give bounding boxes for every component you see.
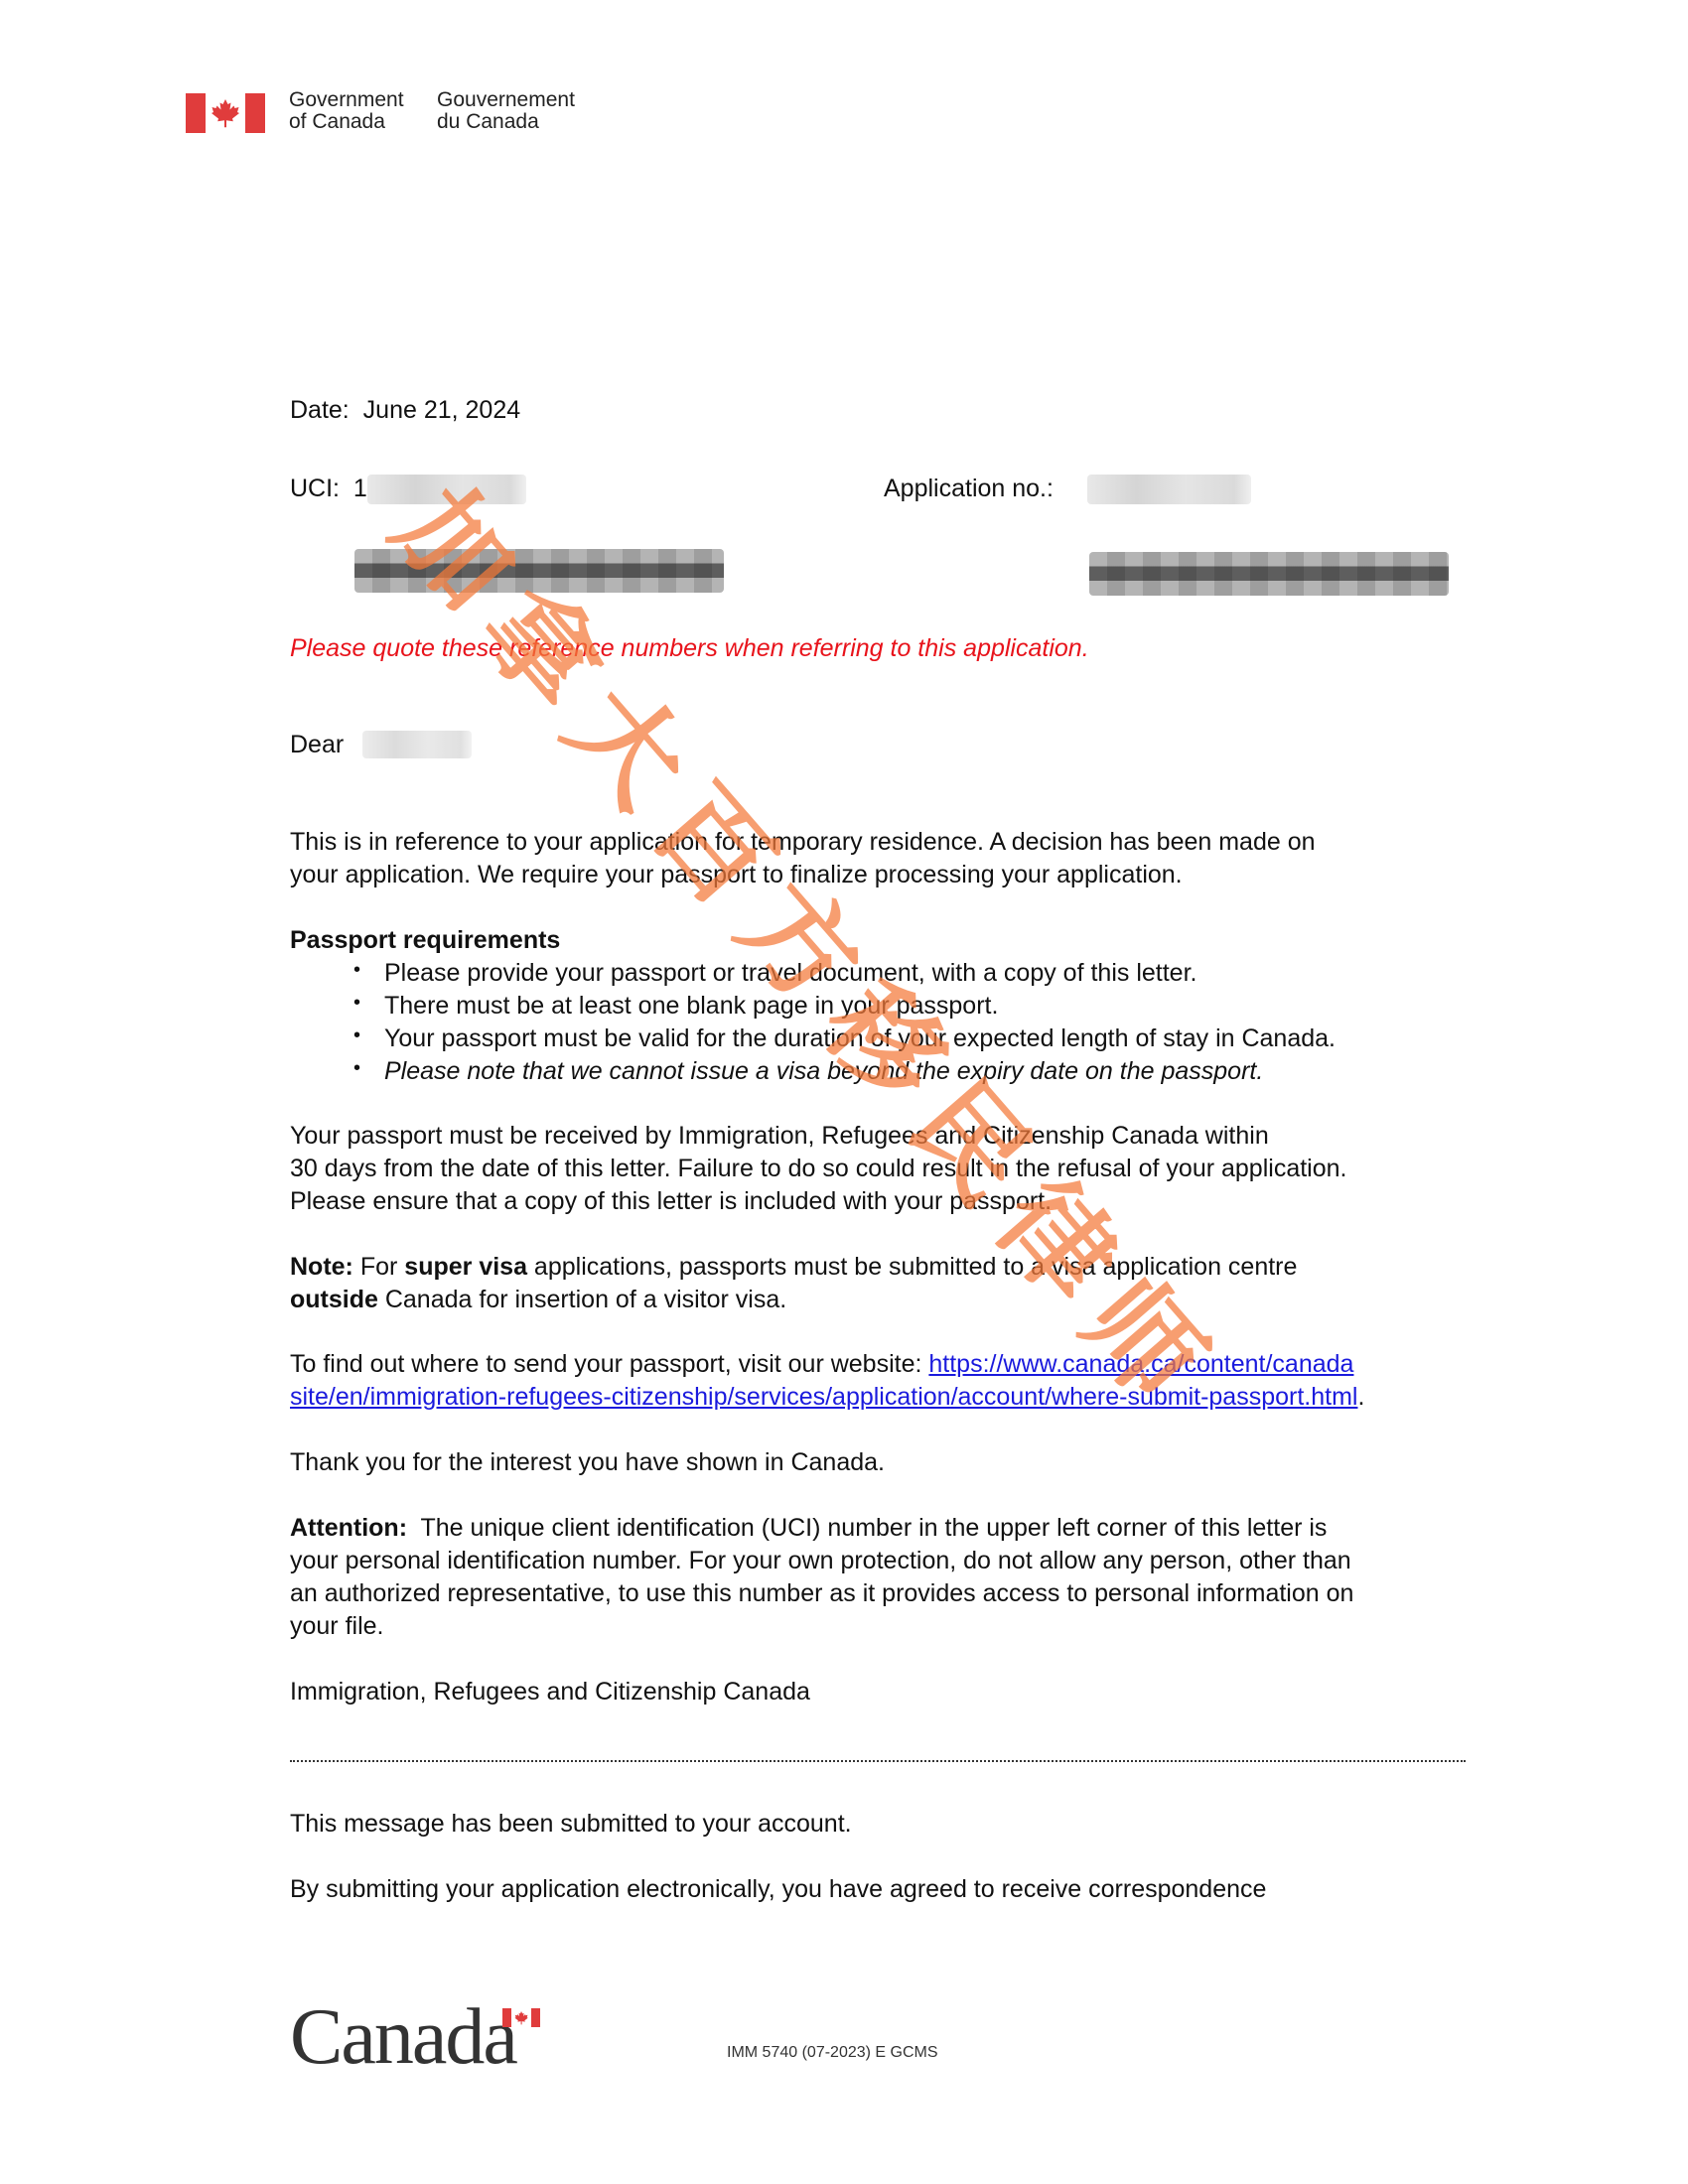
canada-flag-icon [186, 93, 265, 133]
canada-wordmark: Canada [290, 1997, 516, 2077]
canada-wordmark-flag-icon [502, 2008, 540, 2027]
gov-en-line1: Government [289, 89, 404, 111]
thanks-line: Thank you for the interest you have show… [290, 1446, 885, 1479]
para2-line2: 30 days from the date of this letter. Fa… [290, 1153, 1346, 1185]
government-of-canada-en: Government of Canada [289, 89, 404, 133]
note-label: Note: [290, 1253, 353, 1281]
website-intro: To find out where to send your passport,… [290, 1350, 928, 1378]
note-text: For [353, 1253, 404, 1281]
date-value: June 21, 2024 [363, 396, 520, 424]
requirements-heading: Passport requirements [290, 924, 560, 957]
para1-line2: your application. We require your passpo… [290, 859, 1183, 891]
attention-text: The unique client identification (UCI) n… [407, 1514, 1327, 1542]
reference-note: Please quote these reference numbers whe… [290, 632, 1089, 665]
uci-label: UCI: [290, 475, 340, 502]
gov-en-line2: of Canada [289, 111, 404, 133]
attention-line2: your personal identification number. For… [290, 1545, 1351, 1577]
form-number: IMM 5740 (07-2023) E GCMS [727, 2044, 938, 2062]
name-redaction [362, 731, 472, 758]
website-link-continued[interactable]: site/en/immigration-refugees-citizenship… [290, 1383, 1357, 1411]
signature: Immigration, Refugees and Citizenship Ca… [290, 1676, 810, 1708]
application-redaction [1087, 475, 1251, 504]
website-line1: To find out where to send your passport,… [290, 1348, 1353, 1381]
website-link[interactable]: https://www.canada.ca/content/canada [928, 1350, 1353, 1378]
note-text: applications, passports must be submitte… [527, 1253, 1297, 1281]
website-period: . [1357, 1383, 1364, 1411]
date-line: Date: June 21, 2024 [290, 394, 520, 427]
application-line: Application no.: [884, 473, 1054, 505]
para2-line1: Your passport must be received by Immigr… [290, 1120, 1269, 1153]
para2-line3: Please ensure that a copy of this letter… [290, 1185, 1052, 1218]
government-of-canada-fr: Gouvernement du Canada [437, 89, 575, 133]
note-outside: outside [290, 1286, 378, 1313]
address-redaction-right [1089, 552, 1449, 596]
note-line2: outside Canada for insertion of a visito… [290, 1284, 786, 1316]
website-line2: site/en/immigration-refugees-citizenship… [290, 1381, 1364, 1414]
electronic-message: By submitting your application electroni… [290, 1873, 1266, 1906]
dotted-divider [290, 1760, 1466, 1762]
para1-line1: This is in reference to your application… [290, 826, 1316, 859]
bullet-icon: • [353, 1024, 360, 1047]
uci-line: UCI: 1 [290, 473, 367, 505]
bullet-icon: • [353, 959, 360, 982]
requirement-item: Please provide your passport or travel d… [384, 957, 1196, 990]
date-label: Date: [290, 396, 350, 424]
requirement-item: Please note that we cannot issue a visa … [384, 1055, 1263, 1088]
gov-fr-line1: Gouvernement [437, 89, 575, 111]
uci-redaction [367, 475, 526, 504]
application-label: Application no.: [884, 475, 1054, 502]
attention-line4: your file. [290, 1610, 383, 1643]
attention-line1: Attention: The unique client identificat… [290, 1512, 1327, 1545]
salutation-word: Dear [290, 731, 344, 758]
attention-line3: an authorized representative, to use thi… [290, 1577, 1353, 1610]
note-line1: Note: For super visa applications, passp… [290, 1251, 1297, 1284]
bullet-icon: • [353, 992, 360, 1015]
address-redaction-left [354, 549, 724, 593]
requirement-item: There must be at least one blank page in… [384, 990, 998, 1023]
note-super-visa: super visa [404, 1253, 527, 1281]
attention-label: Attention: [290, 1514, 407, 1542]
requirement-item: Your passport must be valid for the dura… [384, 1023, 1336, 1055]
submitted-message: This message has been submitted to your … [290, 1808, 852, 1841]
note-text: Canada for insertion of a visitor visa. [378, 1286, 786, 1313]
gov-fr-line2: du Canada [437, 111, 575, 133]
salutation: Dear [290, 729, 344, 761]
bullet-icon: • [353, 1057, 360, 1080]
uci-value: 1 [353, 475, 367, 502]
